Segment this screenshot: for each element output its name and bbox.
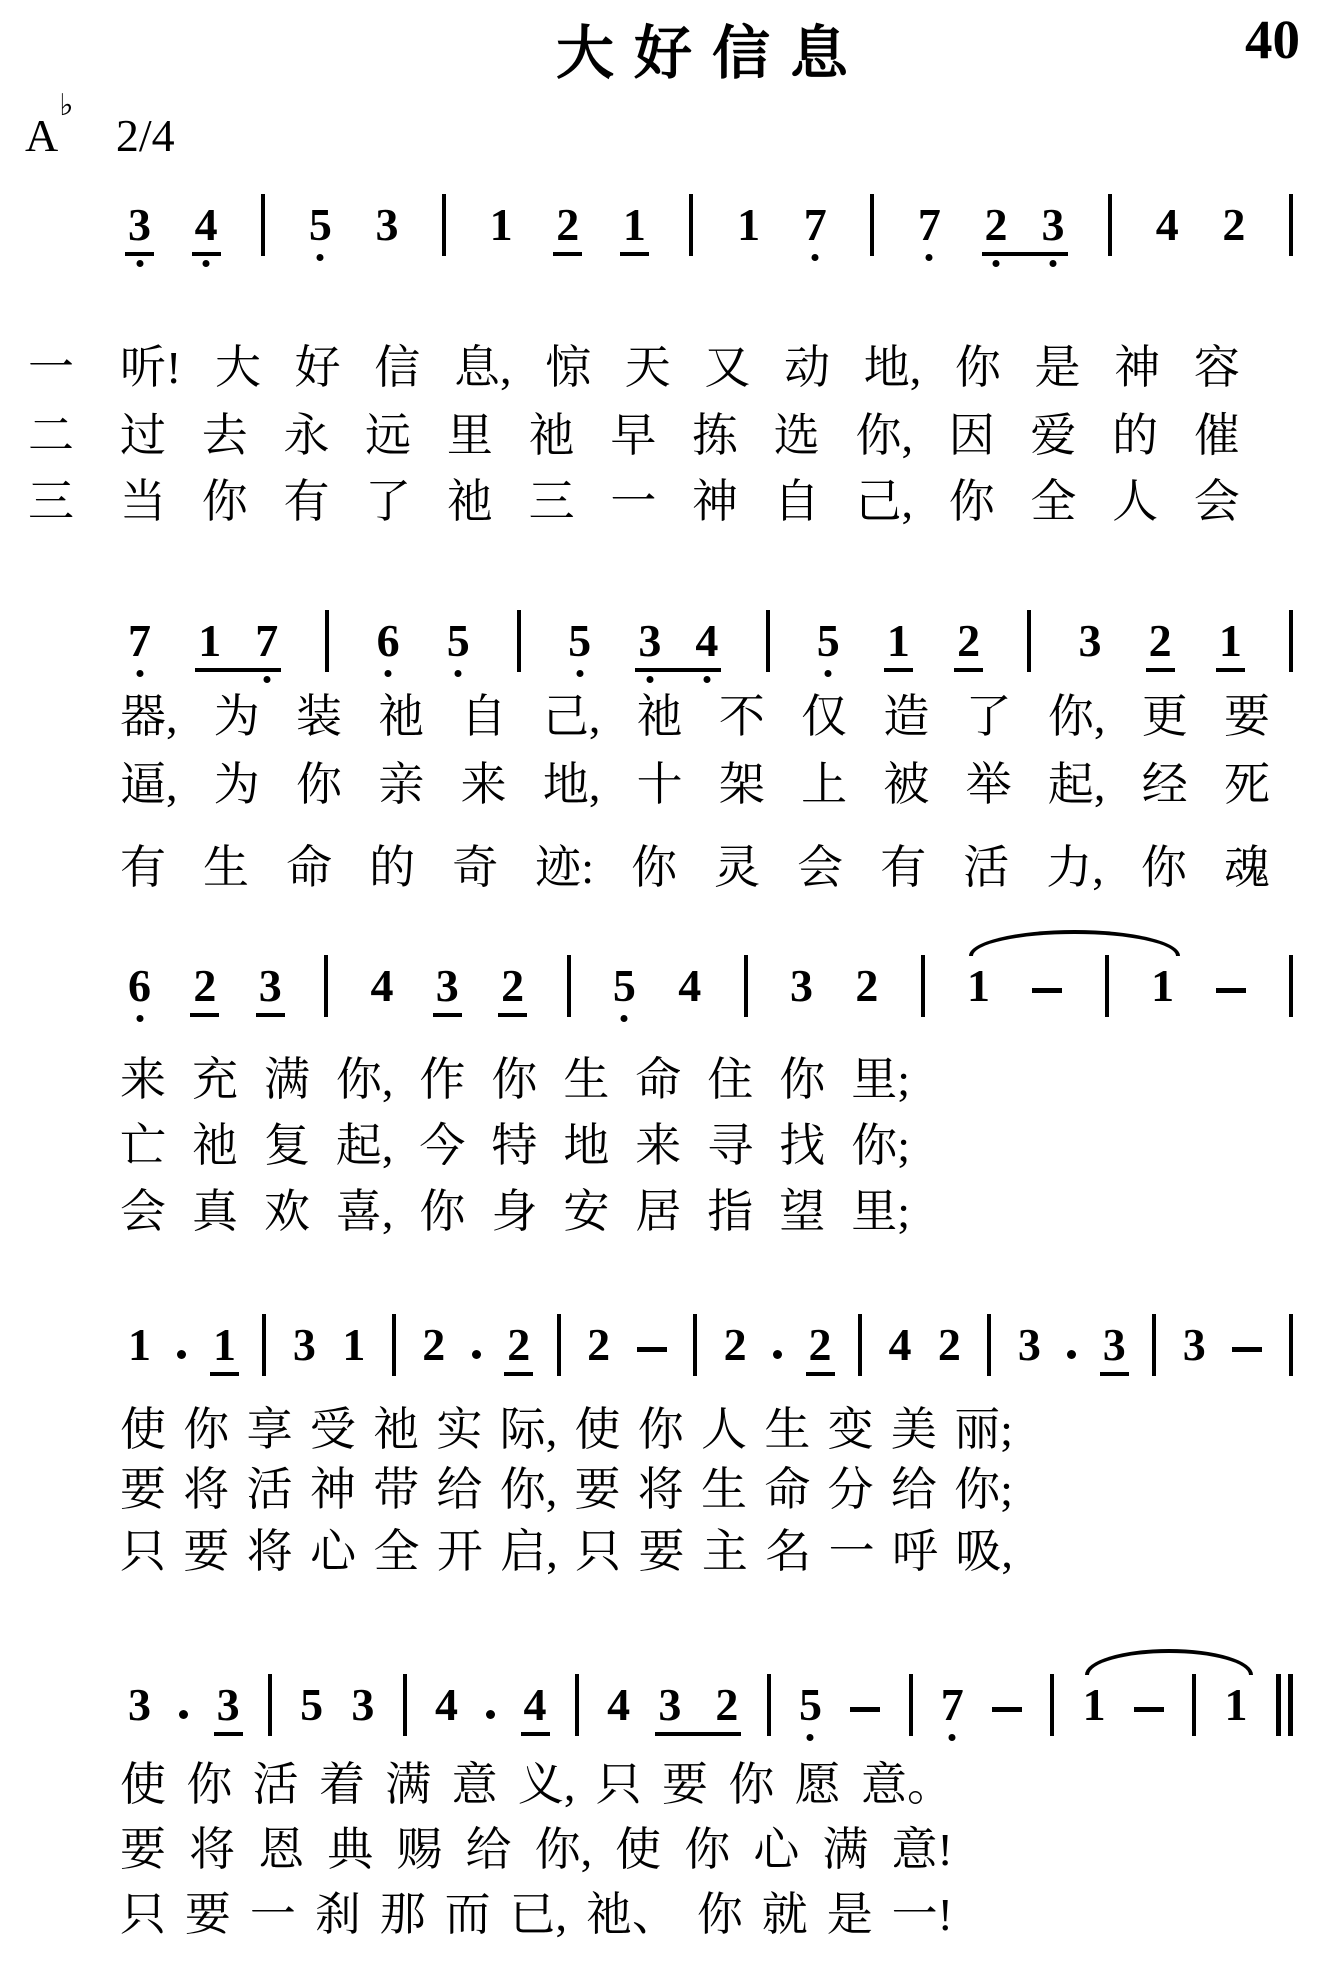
eighth-underline [553, 252, 582, 256]
eighth-underline [1100, 1372, 1129, 1376]
lyric-syllable: 使 [120, 1406, 166, 1454]
lyric-syllable: 变 [828, 1406, 874, 1454]
lyric-syllable: 意! [892, 1826, 953, 1874]
barline [392, 1314, 396, 1376]
lyric-syllable: 那 [380, 1891, 426, 1939]
lyric-syllable: 祂 [529, 412, 575, 460]
jianpu-note-2: 2 [556, 202, 579, 248]
note-number: 1 [967, 963, 990, 1009]
jianpu-note-2: 2 [957, 618, 980, 664]
hymn-title: 大好信息 [556, 6, 868, 90]
lyric-syllable: 你 [491, 1056, 537, 1104]
lyrics-s4-v3: 只要将心全开启,只要主名一呼吸, [120, 1528, 1013, 1576]
beamed-group: 23 [985, 202, 1065, 248]
lyric-syllable: 你; [851, 1122, 910, 1170]
barline [1288, 1674, 1293, 1736]
lyric-syllable: 愿 [795, 1761, 841, 1809]
lyric-syllable: 是 [1035, 344, 1081, 392]
note-number: 4 [524, 1682, 547, 1728]
low-octave-dot [455, 670, 462, 677]
lyric-syllable: 过 [120, 412, 166, 460]
lyric-syllable: 全 [1030, 478, 1076, 526]
lyric-syllable: 意。 [861, 1761, 953, 1809]
jianpu-note-2: 2 [724, 1322, 747, 1368]
lyrics-s2-v3: 有生命的奇迹:你灵会有活力,你魂 [120, 844, 1270, 892]
eighth-underline [256, 1013, 285, 1017]
note-number: 1 [623, 202, 646, 248]
lyric-syllable: 充 [192, 1056, 238, 1104]
lyric-syllable: 给 [465, 1826, 511, 1874]
lyric-syllable: 来 [635, 1122, 681, 1170]
barline [987, 1314, 991, 1376]
lyric-syllable: 有 [120, 844, 166, 892]
jianpu-note-1: 1 [737, 202, 760, 248]
low-octave-dot [926, 254, 933, 261]
barline [1108, 194, 1112, 256]
barline [693, 1314, 697, 1376]
lyric-syllable: 了 [966, 693, 1012, 741]
lyric-syllable: 你, [535, 1826, 593, 1874]
jianpu-note-4: 4 [678, 963, 701, 1009]
note-number: 3 [658, 1682, 681, 1728]
note-number: 5 [309, 202, 332, 248]
lyrics-s2-v2: 逼,为你亲来地,十架上被举起,经死 [120, 761, 1270, 809]
lyric-syllable: 全 [374, 1528, 420, 1576]
lyric-syllable: 生 [764, 1406, 810, 1454]
note-number: 1 [1151, 963, 1174, 1009]
lyric-syllable: 将 [638, 1466, 684, 1514]
barline [261, 194, 265, 256]
lyric-syllable: 居 [635, 1188, 681, 1236]
jianpu-note-3: 3 [658, 1682, 681, 1728]
note-number: 3 [436, 963, 459, 1009]
lyric-syllable: 生 [563, 1056, 609, 1104]
lyric-syllable: 启, [500, 1528, 558, 1576]
lyric-syllable: 而 [445, 1891, 491, 1939]
jianpu-note-3: 3 [638, 618, 661, 664]
lyric-syllable: 使 [615, 1826, 661, 1874]
note-number: 1 [198, 618, 221, 664]
lyric-syllable: 好 [295, 344, 341, 392]
beamed-group: 17 [198, 618, 278, 664]
jianpu-note-3: 3 [790, 963, 813, 1009]
note-number: 3 [375, 202, 398, 248]
barline [1152, 1314, 1156, 1376]
lyrics-s3-v2: 亡祂复起,今特地来寻找你; [120, 1122, 910, 1170]
jianpu-note-4: 4 [195, 202, 218, 248]
beamed-group: 32 [658, 1682, 738, 1728]
verse-number: 三 [28, 478, 74, 526]
eighth-underline [190, 1013, 219, 1017]
lyric-syllable: 天 [625, 344, 671, 392]
jianpu-note-7: 7 [804, 202, 827, 248]
jianpu-note-1: 1 [198, 618, 221, 664]
augmentation-dot [486, 1710, 495, 1719]
note-number: 4 [678, 963, 701, 1009]
note-number: 7 [128, 618, 151, 664]
lyric-syllable: 呼 [892, 1528, 938, 1576]
lyric-syllable: 来 [461, 761, 507, 809]
lyric-syllable: 会 [797, 844, 843, 892]
jianpu-note-3: 3 [351, 1682, 374, 1728]
lyric-syllable: 享 [247, 1406, 293, 1454]
lyric-syllable: 十 [637, 761, 683, 809]
duration-dash [637, 1347, 667, 1352]
low-octave-dot [136, 1015, 143, 1022]
barline [325, 610, 329, 672]
lyric-syllable: 吸, [955, 1528, 1013, 1576]
lyric-syllable: 今 [419, 1122, 465, 1170]
lyric-syllable: 你 [684, 1826, 730, 1874]
augmentation-dot [773, 1350, 782, 1359]
eighth-underline [1146, 668, 1175, 672]
jianpu-note-3: 3 [1183, 1322, 1206, 1368]
lyrics-s5-v3: 只要一刹那而已,祂、你就是一! [120, 1891, 953, 1939]
note-number: 2 [556, 202, 579, 248]
key-time-row: A♭ 2/4 [25, 108, 175, 162]
eighth-underline [125, 252, 154, 256]
lyric-syllable: 恩 [258, 1826, 304, 1874]
barline [1289, 610, 1293, 672]
lyric-syllable: 刹 [315, 1891, 361, 1939]
lyric-syllable: 有 [880, 844, 926, 892]
eighth-underline [504, 1372, 533, 1376]
duration-dash [1232, 1347, 1262, 1352]
final-double-barline [1276, 1674, 1293, 1736]
lyric-syllable: 你 [728, 1761, 774, 1809]
lyric-syllable: 要 [185, 1891, 231, 1939]
note-number: 2 [422, 1322, 445, 1368]
jianpu-note-7: 7 [255, 618, 278, 664]
lyric-syllable: 一 [610, 478, 656, 526]
lyric-syllable: 你, [1048, 693, 1106, 741]
lyric-syllable: 你, [500, 1466, 558, 1514]
lyric-syllable: 复 [264, 1122, 310, 1170]
jianpu-note-3: 3 [259, 963, 282, 1009]
lyric-syllable: 命 [286, 844, 332, 892]
lyric-syllable: 人 [1112, 478, 1158, 526]
note-number: 3 [351, 1682, 374, 1728]
tie-arc [969, 930, 1180, 956]
lyric-syllable: 要 [574, 1466, 620, 1514]
barline [517, 610, 521, 672]
lyric-syllable: 你 [949, 478, 995, 526]
low-octave-dot [646, 676, 653, 683]
lyric-syllable: 上 [801, 761, 847, 809]
lyric-syllable: 要 [1224, 693, 1270, 741]
barline [324, 955, 328, 1017]
jianpu-note-4: 4 [435, 1682, 458, 1728]
note-number: 3 [1078, 618, 1101, 664]
low-octave-dot [825, 670, 832, 677]
lyric-syllable: 拣 [692, 412, 738, 460]
lyric-syllable: 信 [374, 344, 420, 392]
note-number: 2 [501, 963, 524, 1009]
barline [1276, 1674, 1281, 1736]
note-number: 3 [1018, 1322, 1041, 1368]
lyric-syllable: 你; [954, 1466, 1013, 1514]
lyric-syllable: 你 [779, 1056, 825, 1104]
low-octave-dot [136, 260, 143, 267]
lyric-syllable: 指 [707, 1188, 753, 1236]
lyric-syllable: 将 [189, 1826, 235, 1874]
lyric-syllable: 又 [704, 344, 750, 392]
lyrics-s3-v3: 会真欢喜,你身安居指望里; [120, 1188, 910, 1236]
lyric-syllable: 使 [120, 1761, 166, 1809]
lyric-syllable: 给 [436, 1466, 482, 1514]
lyric-syllable: 当 [120, 478, 166, 526]
lyric-syllable: 美 [891, 1406, 937, 1454]
lyric-syllable: 了 [365, 478, 411, 526]
lyric-syllable: 欢 [264, 1188, 310, 1236]
note-number: 1 [1224, 1682, 1247, 1728]
lyric-syllable: 动 [784, 344, 830, 392]
note-number: 1 [1083, 1682, 1106, 1728]
note-number: 2 [855, 963, 878, 1009]
note-number: 7 [941, 1682, 964, 1728]
barline [1289, 1314, 1293, 1376]
key-signature: A♭ [25, 110, 72, 161]
lyric-syllable: 魂 [1224, 844, 1270, 892]
lyric-syllable: 迹: [535, 844, 594, 892]
lyrics-s4-v2: 要将活神带给你,要将生命分给你; [120, 1466, 1013, 1514]
jianpu-note-2: 2 [507, 1322, 530, 1368]
lyric-syllable: 的 [369, 844, 415, 892]
note-number: 4 [370, 963, 393, 1009]
lyric-syllable: 起, [1048, 761, 1106, 809]
barline [575, 1674, 579, 1736]
eighth-underline [214, 1732, 243, 1736]
lyric-syllable: 起, [336, 1122, 394, 1170]
lyric-syllable: 特 [491, 1122, 537, 1170]
barline [870, 194, 874, 256]
lyric-syllable: 你 [638, 1406, 684, 1454]
lyric-syllable: 只 [120, 1528, 166, 1576]
lyric-syllable: 作 [419, 1056, 465, 1104]
lyric-syllable: 自 [461, 693, 507, 741]
jianpu-note-3: 3 [217, 1682, 240, 1728]
barline [1050, 1674, 1054, 1736]
jianpu-note-2: 2 [809, 1322, 832, 1368]
note-number: 2 [587, 1322, 610, 1368]
lyrics-s1-v2: 二过去永远里祂早拣选你,因爱的催 [120, 412, 1240, 460]
lyric-syllable: 住 [707, 1056, 753, 1104]
notation-system-5: 3353444325711 [128, 1677, 1293, 1733]
jianpu-note-3: 3 [128, 202, 151, 248]
lyric-syllable: 自 [774, 478, 820, 526]
lyric-syllable: 力, [1046, 844, 1104, 892]
note-number: 1 [128, 1322, 151, 1368]
barline [909, 1674, 913, 1736]
note-number: 4 [1156, 202, 1179, 248]
lyric-syllable: 一 [250, 1891, 296, 1939]
lyric-syllable: 祂 [637, 693, 683, 741]
note-number: 7 [918, 202, 941, 248]
lyric-syllable: 亲 [378, 761, 424, 809]
augmentation-dot [179, 1710, 188, 1719]
lyrics-s1-v3: 三当你有了祂三一神自己,你全人会 [120, 478, 1240, 526]
hymn-number: 40 [1245, 8, 1300, 71]
lyric-syllable: 你 [419, 1188, 465, 1236]
augmentation-dot [472, 1350, 481, 1359]
lyric-syllable: 心 [310, 1528, 356, 1576]
lyric-syllable: 你, [336, 1056, 394, 1104]
lyric-syllable: 给 [891, 1466, 937, 1514]
lyric-syllable: 命 [764, 1466, 810, 1514]
lyric-syllable: 一! [892, 1891, 953, 1939]
lyric-syllable: 心 [753, 1826, 799, 1874]
lyric-syllable: 地, [864, 344, 922, 392]
jianpu-note-2: 2 [501, 963, 524, 1009]
key-letter: A [25, 110, 58, 161]
lyric-syllable: 祂、 [586, 1891, 678, 1939]
barline [442, 194, 446, 256]
note-number: 4 [695, 618, 718, 664]
lyric-syllable: 里 [447, 412, 493, 460]
duration-dash [1134, 1707, 1164, 1712]
augmentation-dot [177, 1350, 186, 1359]
note-number: 2 [715, 1682, 738, 1728]
lyric-syllable: 你 [202, 478, 248, 526]
note-number: 2 [809, 1322, 832, 1368]
note-number: 1 [213, 1322, 236, 1368]
lyric-syllable: 神 [310, 1466, 356, 1514]
lyric-syllable: 典 [327, 1826, 373, 1874]
jianpu-note-4: 4 [888, 1322, 911, 1368]
barline [557, 1314, 561, 1376]
jianpu-note-2: 2 [587, 1322, 610, 1368]
barline [921, 955, 925, 1017]
lyric-syllable: 器, [120, 693, 178, 741]
jianpu-note-1: 1 [1151, 963, 1174, 1009]
lyric-syllable: 际, [500, 1406, 558, 1454]
eighth-underline [433, 1013, 462, 1017]
jianpu-note-1: 1 [128, 1322, 151, 1368]
lyrics-s3-v1: 来充满你,作你生命住你里; [120, 1056, 910, 1104]
note-number: 2 [1149, 618, 1172, 664]
note-number: 5 [799, 1682, 822, 1728]
note-number: 2 [938, 1322, 961, 1368]
beam-underline [195, 668, 281, 672]
jianpu-note-4: 4 [370, 963, 393, 1009]
lyric-syllable: 有 [283, 478, 329, 526]
lyric-syllable: 举 [966, 761, 1012, 809]
jianpu-note-3: 3 [375, 202, 398, 248]
barline [767, 1674, 771, 1736]
jianpu-note-1: 1 [1224, 1682, 1247, 1728]
jianpu-note-1: 1 [213, 1322, 236, 1368]
lyrics-s1-v1: 一听!大好信息,惊天又动地,你是神容 [120, 344, 1240, 392]
lyric-syllable: 活 [963, 844, 1009, 892]
note-number: 4 [607, 1682, 630, 1728]
lyric-syllable: 寻 [707, 1122, 753, 1170]
lyric-syllable: 灵 [714, 844, 760, 892]
eighth-underline [806, 1372, 835, 1376]
low-octave-dot [317, 254, 324, 261]
lyric-syllable: 是 [827, 1891, 873, 1939]
low-octave-dot [576, 670, 583, 677]
lyric-syllable: 就 [762, 1891, 808, 1939]
lyric-syllable: 地 [563, 1122, 609, 1170]
lyric-syllable: 喜, [336, 1188, 394, 1236]
lyric-syllable: 被 [883, 761, 929, 809]
note-number: 2 [957, 618, 980, 664]
hymn-sheet: 大好信息 40 A♭ 2/4 34531211772342 7176553451… [0, 0, 1323, 1974]
duration-dash [1032, 988, 1062, 993]
lyric-syllable: 祂 [378, 693, 424, 741]
jianpu-note-4: 4 [695, 618, 718, 664]
eighth-underline [521, 1732, 550, 1736]
low-octave-dot [621, 1015, 628, 1022]
barline [744, 955, 748, 1017]
jianpu-note-3: 3 [436, 963, 459, 1009]
lyric-syllable: 赐 [396, 1826, 442, 1874]
lyric-syllable: 会 [1194, 478, 1240, 526]
note-number: 3 [217, 1682, 240, 1728]
lyric-syllable: 满 [822, 1826, 868, 1874]
time-signature: 2/4 [116, 110, 175, 161]
jianpu-note-2: 2 [193, 963, 216, 1009]
lyric-syllable: 因 [949, 412, 995, 460]
jianpu-note-7: 7 [941, 1682, 964, 1728]
note-number: 3 [128, 1682, 151, 1728]
barline [1192, 1674, 1196, 1736]
lyric-syllable: 亡 [120, 1122, 166, 1170]
lyric-syllable: 名 [765, 1528, 811, 1576]
jianpu-note-1: 1 [1219, 618, 1242, 664]
beam-underline [982, 252, 1068, 256]
lyrics-s4-v1: 使你享受祂实际,使你人生变美丽; [120, 1406, 1013, 1454]
note-number: 3 [1183, 1322, 1206, 1368]
jianpu-note-3: 3 [293, 1322, 316, 1368]
lyric-syllable: 永 [283, 412, 329, 460]
augmentation-dot [1067, 1350, 1076, 1359]
lyric-syllable: 更 [1142, 693, 1188, 741]
lyric-syllable: 为 [214, 693, 260, 741]
note-number: 5 [568, 618, 591, 664]
jianpu-note-1: 1 [490, 202, 513, 248]
note-number: 5 [613, 963, 636, 1009]
lyric-syllable: 意 [452, 1761, 498, 1809]
jianpu-note-7: 7 [128, 618, 151, 664]
lyrics-s2-v1: 器,为装祂自己,祂不仅造了你,更要 [120, 693, 1270, 741]
lyric-syllable: 你 [186, 1761, 232, 1809]
lyric-syllable: 神 [1114, 344, 1160, 392]
note-number: 6 [128, 963, 151, 1009]
note-number: 3 [128, 202, 151, 248]
lyric-syllable: 主 [702, 1528, 748, 1576]
lyric-syllable: 开 [437, 1528, 483, 1576]
note-number: 4 [888, 1322, 911, 1368]
note-number: 2 [1222, 202, 1245, 248]
note-number: 2 [193, 963, 216, 1009]
jianpu-note-1: 1 [342, 1322, 365, 1368]
beam-underline [635, 668, 721, 672]
low-octave-dot [203, 260, 210, 267]
note-number: 7 [255, 618, 278, 664]
jianpu-note-4: 4 [607, 1682, 630, 1728]
lyric-syllable: 大 [215, 344, 261, 392]
lyric-syllable: 生 [701, 1466, 747, 1514]
lyrics-s5-v2: 要将恩典赐给你,使你心满意! [120, 1826, 953, 1874]
jianpu-note-1: 1 [967, 963, 990, 1009]
lyric-syllable: 要 [120, 1466, 166, 1514]
note-number: 1 [342, 1322, 365, 1368]
note-number: 5 [447, 618, 470, 664]
lyric-syllable: 你 [296, 761, 342, 809]
verse-number: 一 [28, 344, 74, 392]
note-number: 2 [507, 1322, 530, 1368]
